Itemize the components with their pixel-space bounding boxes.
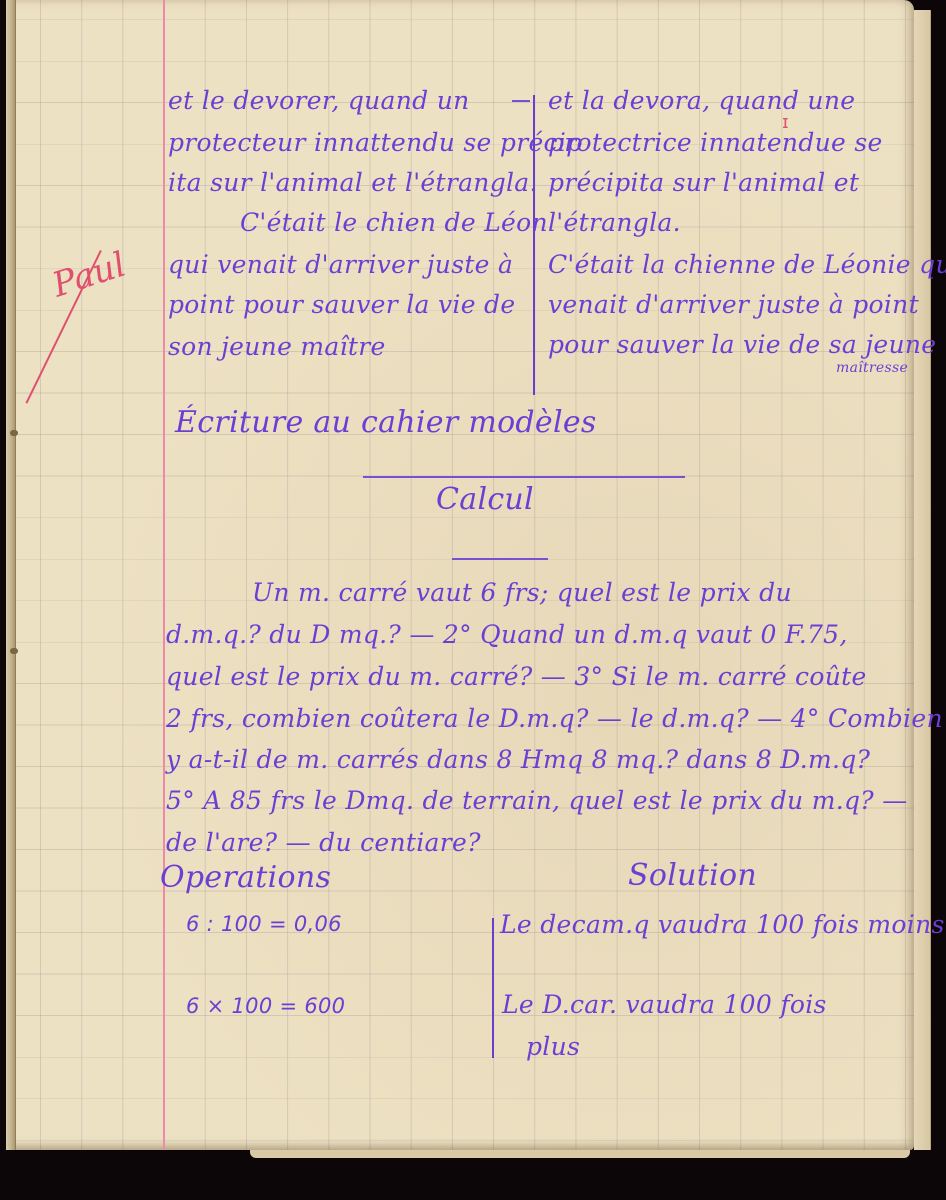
solution-item: Le D.car. vaudra 100 fois	[502, 990, 827, 1019]
problem-line: 5° A 85 frs le Dmq. de terrain, quel est…	[166, 786, 908, 815]
adjacent-page-edge	[914, 10, 931, 1150]
section-rule	[452, 558, 548, 560]
section-rule	[363, 476, 685, 478]
binding-staple	[10, 648, 18, 654]
binding-staple	[10, 430, 18, 436]
divider-tick	[512, 100, 530, 102]
problem-line: quel est le prix du m. carré? — 3° Si le…	[166, 662, 867, 691]
solution-item: Le decam.q vaudra 100 fois moins	[500, 910, 945, 939]
dictation-line: qui venait d'arriver juste à	[168, 250, 513, 279]
problem-line: de l'are? — du centiare?	[166, 828, 481, 857]
dictation-line: maîtresse	[836, 360, 908, 376]
operations-heading: Operations	[160, 860, 331, 895]
dictation-line: et le devorer, quand un	[168, 86, 470, 115]
dictation-line: et la devora, quand une	[548, 86, 855, 115]
dictation-line: protectrice innatendue se	[548, 128, 883, 157]
writing-heading: Écriture au cahier modèles	[175, 405, 597, 440]
operation-item: 6 : 100 = 0,06	[186, 912, 342, 936]
solution-heading: Solution	[628, 858, 757, 893]
dictation-line: ita sur l'animal et l'étrangla.	[168, 168, 538, 197]
correction-mark: ɪ	[782, 112, 789, 133]
dictation-line: précipita sur l'animal et	[548, 168, 859, 197]
dictation-line: venait d'arriver juste à point	[548, 290, 919, 319]
underlying-page-edge	[250, 1150, 910, 1158]
dictation-line: protecteur innattendu se précip	[168, 128, 582, 157]
dictation-line: pour sauver la vie de sa jeune	[548, 330, 936, 359]
dictation-line: C'était la chienne de Léonie qui	[548, 250, 946, 279]
dictation-line: son jeune maître	[168, 332, 386, 361]
problem-line: y a-t-il de m. carrés dans 8 Hmq 8 mq.? …	[166, 745, 870, 774]
problem-line: 2 frs, combien coûtera le D.m.q? — le d.…	[166, 704, 943, 733]
solution-item: plus	[526, 1032, 580, 1061]
problem-line: d.m.q.? du D mq.? — 2° Quand un d.m.q va…	[166, 620, 848, 649]
dictation-line: C'était le chien de Léon	[240, 208, 548, 237]
dictation-line: point pour sauver la vie de	[168, 290, 515, 319]
margin-line	[163, 0, 165, 1150]
dictation-line: l'étrangla.	[548, 208, 681, 237]
solution-bracket	[492, 918, 494, 1058]
problem-line: Un m. carré vaut 6 frs; quel est le prix…	[252, 578, 792, 607]
operation-item: 6 × 100 = 600	[186, 994, 345, 1018]
notebook-binding	[6, 0, 16, 1150]
calc-heading: Calcul	[436, 482, 534, 517]
